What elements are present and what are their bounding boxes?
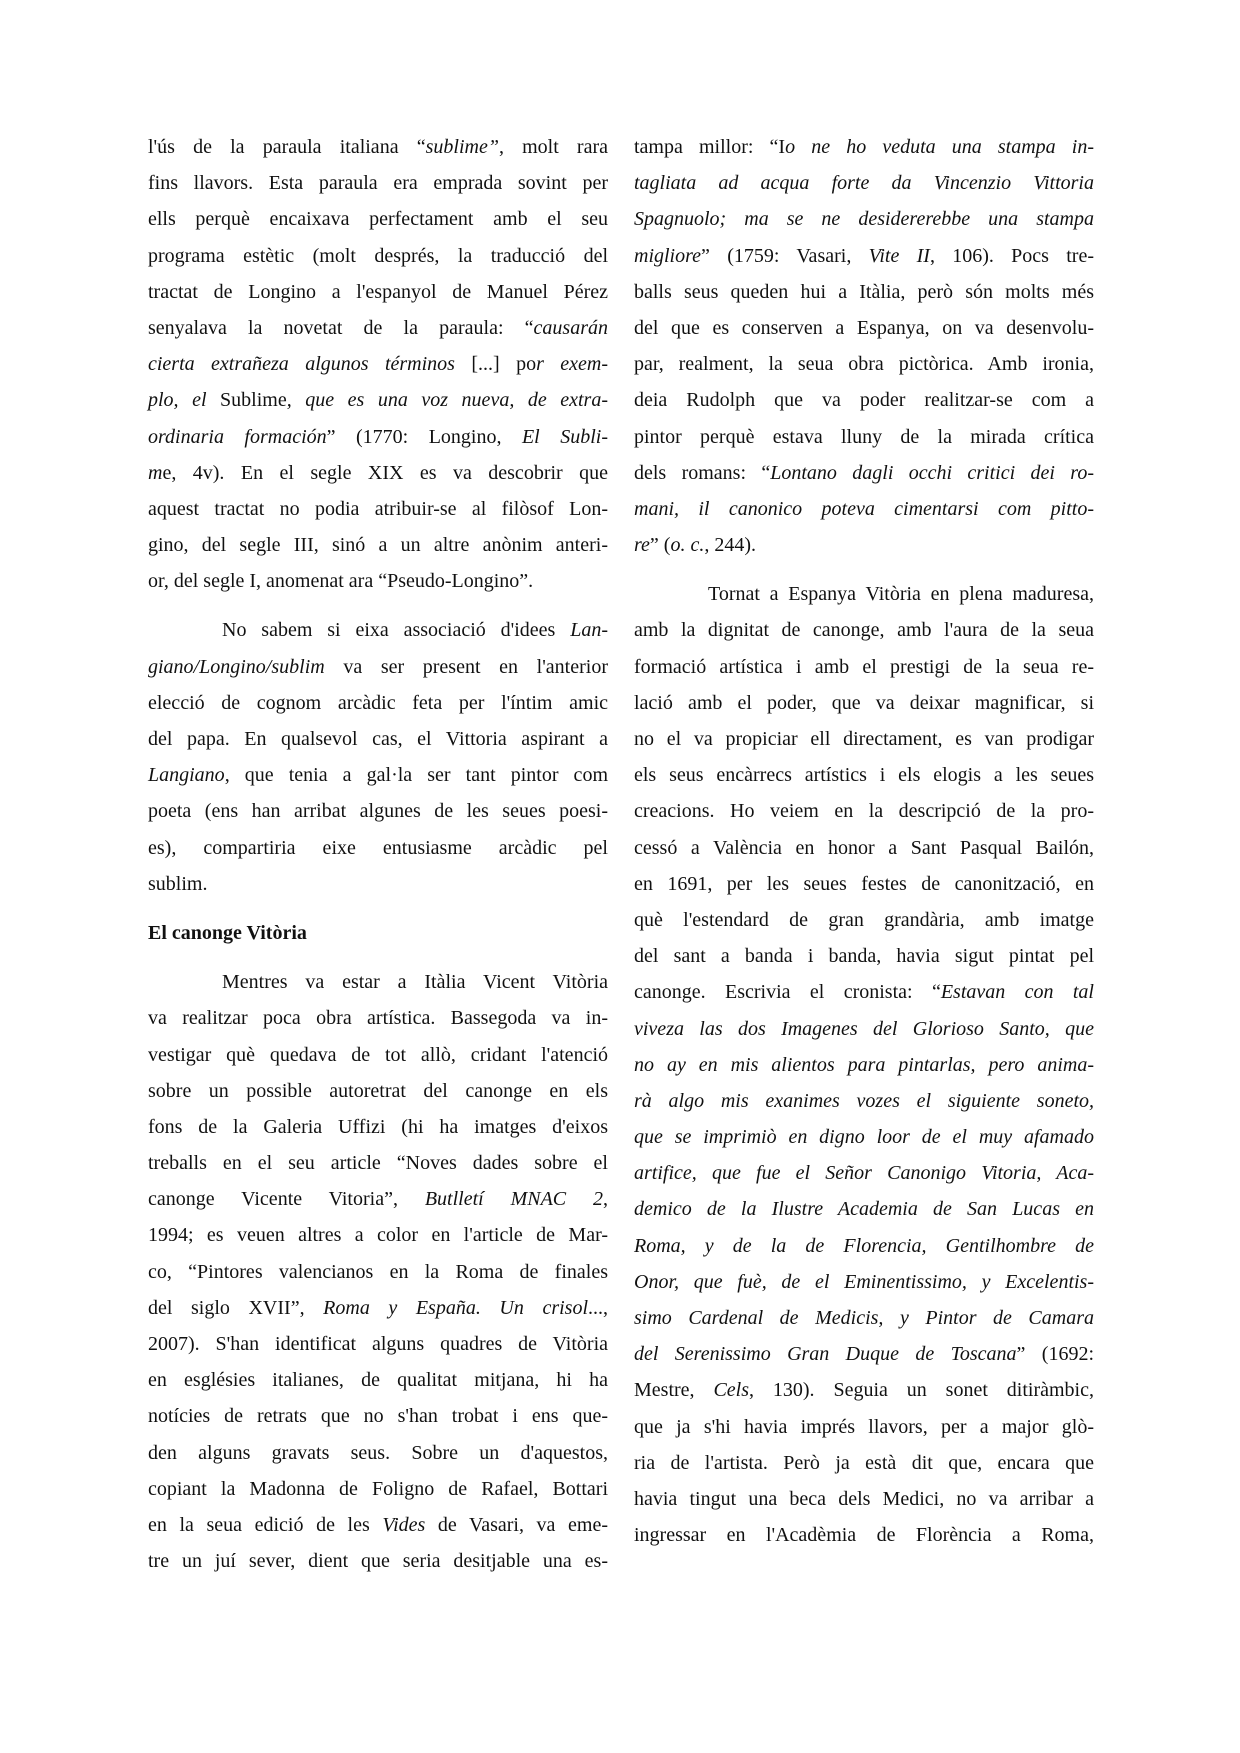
text-run: creacions. Ho veiem en la descripció de … <box>634 800 1094 822</box>
italic-text: Onor, que fuè, de el Eminentissimo, y Ex… <box>634 1271 1094 1293</box>
italic-text: causarán <box>534 317 608 339</box>
paragraph-spacer <box>634 563 1094 576</box>
italic-text: o. c. <box>670 534 704 556</box>
italic-text: simo Cardenal de Medicis, y Pintor de Ca… <box>634 1307 1094 1329</box>
text-line: viveza las dos Imagenes del Glorioso San… <box>634 1011 1094 1047</box>
text-line: Onor, que fuè, de el Eminentissimo, y Ex… <box>634 1264 1094 1300</box>
text-line: poeta (ens han arribat algunes de les se… <box>148 793 608 829</box>
text-run: havia tingut una beca dels Medici, no va… <box>634 1488 1094 1510</box>
text-line: senyalava la novetat de la paraula: “cau… <box>148 310 608 346</box>
text-column-left: l'ús de la paraula italiana “sublime”, m… <box>148 129 608 1579</box>
body-paragraph: Mentres va estar a Itàlia Vicent Vitòria… <box>148 964 608 1579</box>
text-line: sublim. <box>148 866 608 902</box>
text-line: tampa millor: “Io ne ho veduta una stamp… <box>634 129 1094 165</box>
text-run: Mestre, <box>634 1379 713 1401</box>
text-run: del que es conserven a Espanya, on va de… <box>634 317 1094 339</box>
text-run: ells perquè encaixava perfectament amb e… <box>148 208 608 230</box>
text-line: es), compartiria eixe entusiasme arcàdic… <box>148 830 608 866</box>
text-run: va ser present en l'anterior <box>325 656 608 678</box>
text-run: e, 4v). En el segle XIX es va descobrir … <box>162 462 608 484</box>
italic-text: que se imprimiò en digno loor de el muy … <box>634 1126 1094 1148</box>
body-paragraph: l'ús de la paraula italiana “sublime”, m… <box>148 129 608 599</box>
italic-text: re <box>634 534 650 556</box>
text-run: , 130). Seguia un sonet ditiràmbic, <box>749 1379 1094 1401</box>
text-run: , que tenia a gal·la ser tant pintor com <box>225 764 608 786</box>
italic-text: ordinaria formación <box>148 426 327 448</box>
italic-text: artifice, que fue el Señor Canonigo Vito… <box>634 1162 1094 1184</box>
text-run: pintor perquè estava lluny de la mirada … <box>634 426 1094 448</box>
text-line: plo, el Sublime, que es una voz nueva, d… <box>148 382 608 418</box>
italic-text: Cels <box>713 1379 749 1401</box>
text-run: , molt rara <box>499 136 608 158</box>
text-line: artifice, que fue el Señor Canonigo Vito… <box>634 1155 1094 1191</box>
text-line: cessó a València en honor a Sant Pasqual… <box>634 830 1094 866</box>
text-line: No sabem si eixa associació d'idees Lan- <box>148 612 608 648</box>
italic-text: Roma, y de la de Florencia, Gentilhombre… <box>634 1235 1094 1257</box>
text-line: va realitzar poca obra artística. Basseg… <box>148 1000 608 1036</box>
text-run: formació artística i amb el prestigi de … <box>634 656 1094 678</box>
text-run: va realitzar poca obra artística. Basseg… <box>148 1007 608 1029</box>
text-line: del que es conserven a Espanya, on va de… <box>634 310 1094 346</box>
text-line: 2007). S'han identificat alguns quadres … <box>148 1326 608 1362</box>
text-line: programa estètic (molt després, la tradu… <box>148 238 608 274</box>
text-line: demico de la Ilustre Academia de San Luc… <box>634 1191 1094 1227</box>
text-run: balls seus queden hui a Itàlia, però són… <box>634 281 1094 303</box>
text-line: què l'estendard de gran grandària, amb i… <box>634 902 1094 938</box>
italic-text: del Serenissimo Gran Duque de Toscana <box>634 1343 1017 1365</box>
text-run: els seus encàrrecs artístics i els elogi… <box>634 764 1094 786</box>
text-run: gino, del segle III, sinó a un altre anò… <box>148 534 608 556</box>
italic-text: o ne ho veduta una stampa in- <box>785 136 1094 158</box>
italic-text: Lan- <box>570 619 608 641</box>
text-run: dels romans: “ <box>634 462 770 484</box>
text-line: cierta extrañeza algunos términos [...] … <box>148 346 608 382</box>
text-line: tagliata ad acqua forte da Vincenzio Vit… <box>634 165 1094 201</box>
text-line: canonge Vicente Vitoria”, Butlletí MNAC … <box>148 1181 608 1217</box>
italic-text: m <box>148 462 162 484</box>
text-run: tampa millor: “I <box>634 136 785 158</box>
text-run: amb la dignitat de canonge, amb l'aura d… <box>634 619 1094 641</box>
text-line: sobre un possible autoretrat del canonge… <box>148 1073 608 1109</box>
text-run: tre un juí sever, dient que seria desitj… <box>148 1550 608 1572</box>
text-line: den alguns gravats seus. Sobre un d'aque… <box>148 1435 608 1471</box>
text-line: ordinaria formación” (1770: Longino, El … <box>148 419 608 455</box>
italic-text: Lontano dagli occhi critici dei ro- <box>770 462 1094 484</box>
italic-text: , que es una voz nueva, de extra- <box>287 389 608 411</box>
italic-text: Langiano <box>148 764 225 786</box>
text-line: giano/Longino/sublim va ser present en l… <box>148 649 608 685</box>
text-line: tre un juí sever, dient que seria desitj… <box>148 1543 608 1579</box>
text-run: , 106). Pocs tre- <box>930 245 1094 267</box>
text-run: ” ( <box>650 534 671 556</box>
text-run: no el va propiciar ell directament, es v… <box>634 728 1094 750</box>
text-run: de Vasari, va eme- <box>425 1514 608 1536</box>
text-run: què l'estendard de gran grandària, amb i… <box>634 909 1094 931</box>
text-line: fons de la Galeria Uffizi (hi ha imatges… <box>148 1109 608 1145</box>
text-line: Roma, y de la de Florencia, Gentilhombre… <box>634 1228 1094 1264</box>
text-line: del siglo XVII”, Roma y España. Un criso… <box>148 1290 608 1326</box>
text-line: Spagnuolo; ma se ne desidererebbe una st… <box>634 201 1094 237</box>
text-line: del papa. En qualsevol cas, el Vittoria … <box>148 721 608 757</box>
italic-text: mani, il canonico poteva cimentarsi com … <box>634 498 1094 520</box>
text-run: elecció de cognom arcàdic feta per l'ínt… <box>148 692 608 714</box>
text-line: notícies de retrats que no s'han trobat … <box>148 1398 608 1434</box>
paragraph-spacer <box>148 902 608 915</box>
text-run: , <box>603 1188 608 1210</box>
text-line: ells perquè encaixava perfectament amb e… <box>148 201 608 237</box>
text-run: que ja s'hi havia imprés llavors, per a … <box>634 1416 1094 1438</box>
italic-text: cierta extrañeza algunos términos <box>148 353 455 375</box>
text-line: 1994; es veuen altres a color en l'artic… <box>148 1217 608 1253</box>
body-paragraph: Tornat a Espanya Vitòria en plena madure… <box>634 576 1094 1553</box>
italic-text: Estavan con tal <box>941 981 1094 1003</box>
document-page: l'ús de la paraula italiana “sublime”, m… <box>0 0 1240 1753</box>
text-run: co, “Pintores valencianos en la Roma de … <box>148 1261 608 1283</box>
text-line: lació amb el poder, que va deixar magnif… <box>634 685 1094 721</box>
italic-text: demico de la Ilustre Academia de San Luc… <box>634 1198 1094 1220</box>
text-run: fins llavors. Esta paraula era emprada s… <box>148 172 608 194</box>
text-run: canonge. Escrivia el cronista: “ <box>634 981 941 1003</box>
text-run: Tornat a Espanya Vitòria en plena madure… <box>708 583 1094 605</box>
italic-text: rà algo mis exanimes vozes el siguiente … <box>634 1090 1094 1112</box>
text-run: No sabem si eixa associació d'idees <box>222 619 570 641</box>
italic-text: sublime” <box>426 136 499 158</box>
italic-text: Vides <box>382 1514 425 1536</box>
text-run: ” (1692: <box>1017 1343 1094 1365</box>
text-line: que ja s'hi havia imprés llavors, per a … <box>634 1409 1094 1445</box>
text-line: rà algo mis exanimes vozes el siguiente … <box>634 1083 1094 1119</box>
paragraph-spacer <box>148 599 608 612</box>
italic-text: r exem- <box>536 353 608 375</box>
text-line: me, 4v). En el segle XIX es va descobrir… <box>148 455 608 491</box>
text-run: [...] po <box>455 353 536 375</box>
italic-text: plo, el <box>148 389 207 411</box>
text-run: den alguns gravats seus. Sobre un d'aque… <box>148 1442 608 1464</box>
section-heading: El canonge Vitòria <box>148 915 608 951</box>
text-run: Sublime <box>207 389 287 411</box>
text-run: del sant a banda i banda, havia sigut pi… <box>634 945 1094 967</box>
text-line: elecció de cognom arcàdic feta per l'ínt… <box>148 685 608 721</box>
italic-text: tagliata ad acqua forte da Vincenzio Vit… <box>634 172 1094 194</box>
italic-text: Vite II <box>869 245 930 267</box>
text-run: vestigar què quedava de tot allò, cridan… <box>148 1044 608 1066</box>
text-run: es), compartiria eixe entusiasme arcàdic… <box>148 837 608 859</box>
text-run: aquest tractat no podia atribuir-se al f… <box>148 498 608 520</box>
text-run: Mentres va estar a Itàlia Vicent Vitòria <box>222 971 608 993</box>
text-run: l'ús de la paraula italiana “ <box>148 136 426 158</box>
text-line: simo Cardenal de Medicis, y Pintor de Ca… <box>634 1300 1094 1336</box>
body-paragraph: tampa millor: “Io ne ho veduta una stamp… <box>634 129 1094 563</box>
text-line: no el va propiciar ell directament, es v… <box>634 721 1094 757</box>
text-run: , 244). <box>704 534 756 556</box>
text-line: ria de l'artista. Però ja està dit que, … <box>634 1445 1094 1481</box>
text-line: els seus encàrrecs artístics i els elogi… <box>634 757 1094 793</box>
text-line: gino, del segle III, sinó a un altre anò… <box>148 527 608 563</box>
italic-text: El Subli- <box>522 426 608 448</box>
text-run: senyalava la novetat de la paraula: “ <box>148 317 534 339</box>
text-run: del papa. En qualsevol cas, el Vittoria … <box>148 728 608 750</box>
text-run: poeta (ens han arribat algunes de les se… <box>148 800 608 822</box>
text-run: ingressar en l'Acadèmia de Florència a R… <box>634 1524 1094 1546</box>
text-run: sobre un possible autoretrat del canonge… <box>148 1080 608 1102</box>
body-paragraph: No sabem si eixa associació d'idees Lan-… <box>148 612 608 902</box>
text-line: en esglésies italianes, de qualitat mitj… <box>148 1362 608 1398</box>
text-run: ..., <box>588 1297 608 1319</box>
text-run: notícies de retrats que no s'han trobat … <box>148 1405 608 1427</box>
text-line: creacions. Ho veiem en la descripció de … <box>634 793 1094 829</box>
text-line: havia tingut una beca dels Medici, no va… <box>634 1481 1094 1517</box>
text-run: cessó a València en honor a Sant Pasqual… <box>634 837 1094 859</box>
text-line: balls seus queden hui a Itàlia, però són… <box>634 274 1094 310</box>
text-run: tractat de Longino a l'espanyol de Manue… <box>148 281 608 303</box>
text-run: treballs en el seu article “Noves dades … <box>148 1152 608 1174</box>
text-line: del Serenissimo Gran Duque de Toscana” (… <box>634 1336 1094 1372</box>
italic-text: migliore <box>634 245 701 267</box>
italic-text: Spagnuolo; ma se ne desidererebbe una st… <box>634 208 1094 230</box>
text-run: sublim. <box>148 873 207 895</box>
text-line: amb la dignitat de canonge, amb l'aura d… <box>634 612 1094 648</box>
text-line: dels romans: “Lontano dagli occhi critic… <box>634 455 1094 491</box>
text-line: migliore” (1759: Vasari, Vite II, 106). … <box>634 238 1094 274</box>
text-run: ” (1770: Longino, <box>327 426 522 448</box>
text-line: canonge. Escrivia el cronista: “Estavan … <box>634 974 1094 1010</box>
text-line: Langiano, que tenia a gal·la ser tant pi… <box>148 757 608 793</box>
italic-text: no ay en mis alientos para pintarlas, pe… <box>634 1054 1094 1076</box>
text-run: or, del segle I, anomenat ara “Pseudo-Lo… <box>148 570 533 592</box>
paragraph-spacer <box>148 951 608 964</box>
text-line: deia Rudolph que va poder realitzar-se c… <box>634 382 1094 418</box>
text-run: fons de la Galeria Uffizi (hi ha imatges… <box>148 1116 608 1138</box>
text-line: par, realment, la seua obra pictòrica. A… <box>634 346 1094 382</box>
text-line: tractat de Longino a l'espanyol de Manue… <box>148 274 608 310</box>
text-line: Mentres va estar a Itàlia Vicent Vitòria <box>148 964 608 1000</box>
text-run: del siglo XVII”, <box>148 1297 323 1319</box>
italic-text: viveza las dos Imagenes del Glorioso San… <box>634 1018 1094 1040</box>
text-run: ” (1759: Vasari, <box>701 245 869 267</box>
text-line: en 1691, per les seues festes de canonit… <box>634 866 1094 902</box>
text-line: vestigar què quedava de tot allò, cridan… <box>148 1037 608 1073</box>
text-run: canonge Vicente Vitoria”, <box>148 1188 425 1210</box>
text-line: del sant a banda i banda, havia sigut pi… <box>634 938 1094 974</box>
text-run: deia Rudolph que va poder realitzar-se c… <box>634 389 1094 411</box>
italic-text: Roma y España. Un crisol <box>323 1297 588 1319</box>
text-line: ingressar en l'Acadèmia de Florència a R… <box>634 1517 1094 1553</box>
text-run: 1994; es veuen altres a color en l'artic… <box>148 1224 608 1246</box>
text-line: treballs en el seu article “Noves dades … <box>148 1145 608 1181</box>
text-run: programa estètic (molt després, la tradu… <box>148 245 608 267</box>
text-run: 2007). S'han identificat alguns quadres … <box>148 1333 608 1355</box>
text-line: Mestre, Cels, 130). Seguia un sonet diti… <box>634 1372 1094 1408</box>
text-line: l'ús de la paraula italiana “sublime”, m… <box>148 129 608 165</box>
text-line: en la seua edició de les Vides de Vasari… <box>148 1507 608 1543</box>
text-line: re” (o. c., 244). <box>634 527 1094 563</box>
text-column-right: tampa millor: “Io ne ho veduta una stamp… <box>634 129 1094 1553</box>
text-line: Tornat a Espanya Vitòria en plena madure… <box>634 576 1094 612</box>
text-run: en la seua edició de les <box>148 1514 382 1536</box>
text-run: copiant la Madonna de Foligno de Rafael,… <box>148 1478 608 1500</box>
italic-text: Butlletí MNAC 2 <box>425 1188 603 1210</box>
text-line: copiant la Madonna de Foligno de Rafael,… <box>148 1471 608 1507</box>
text-line: mani, il canonico poteva cimentarsi com … <box>634 491 1094 527</box>
text-line: que se imprimiò en digno loor de el muy … <box>634 1119 1094 1155</box>
text-run: ria de l'artista. Però ja està dit que, … <box>634 1452 1094 1474</box>
text-line: formació artística i amb el prestigi de … <box>634 649 1094 685</box>
text-line: co, “Pintores valencianos en la Roma de … <box>148 1254 608 1290</box>
italic-text: giano/Longino/sublim <box>148 656 325 678</box>
text-line: fins llavors. Esta paraula era emprada s… <box>148 165 608 201</box>
text-line: aquest tractat no podia atribuir-se al f… <box>148 491 608 527</box>
text-run: en esglésies italianes, de qualitat mitj… <box>148 1369 608 1391</box>
text-line: pintor perquè estava lluny de la mirada … <box>634 419 1094 455</box>
text-run: lació amb el poder, que va deixar magnif… <box>634 692 1094 714</box>
text-line: or, del segle I, anomenat ara “Pseudo-Lo… <box>148 563 608 599</box>
text-run: par, realment, la seua obra pictòrica. A… <box>634 353 1094 375</box>
text-run: en 1691, per les seues festes de canonit… <box>634 873 1094 895</box>
text-line: no ay en mis alientos para pintarlas, pe… <box>634 1047 1094 1083</box>
